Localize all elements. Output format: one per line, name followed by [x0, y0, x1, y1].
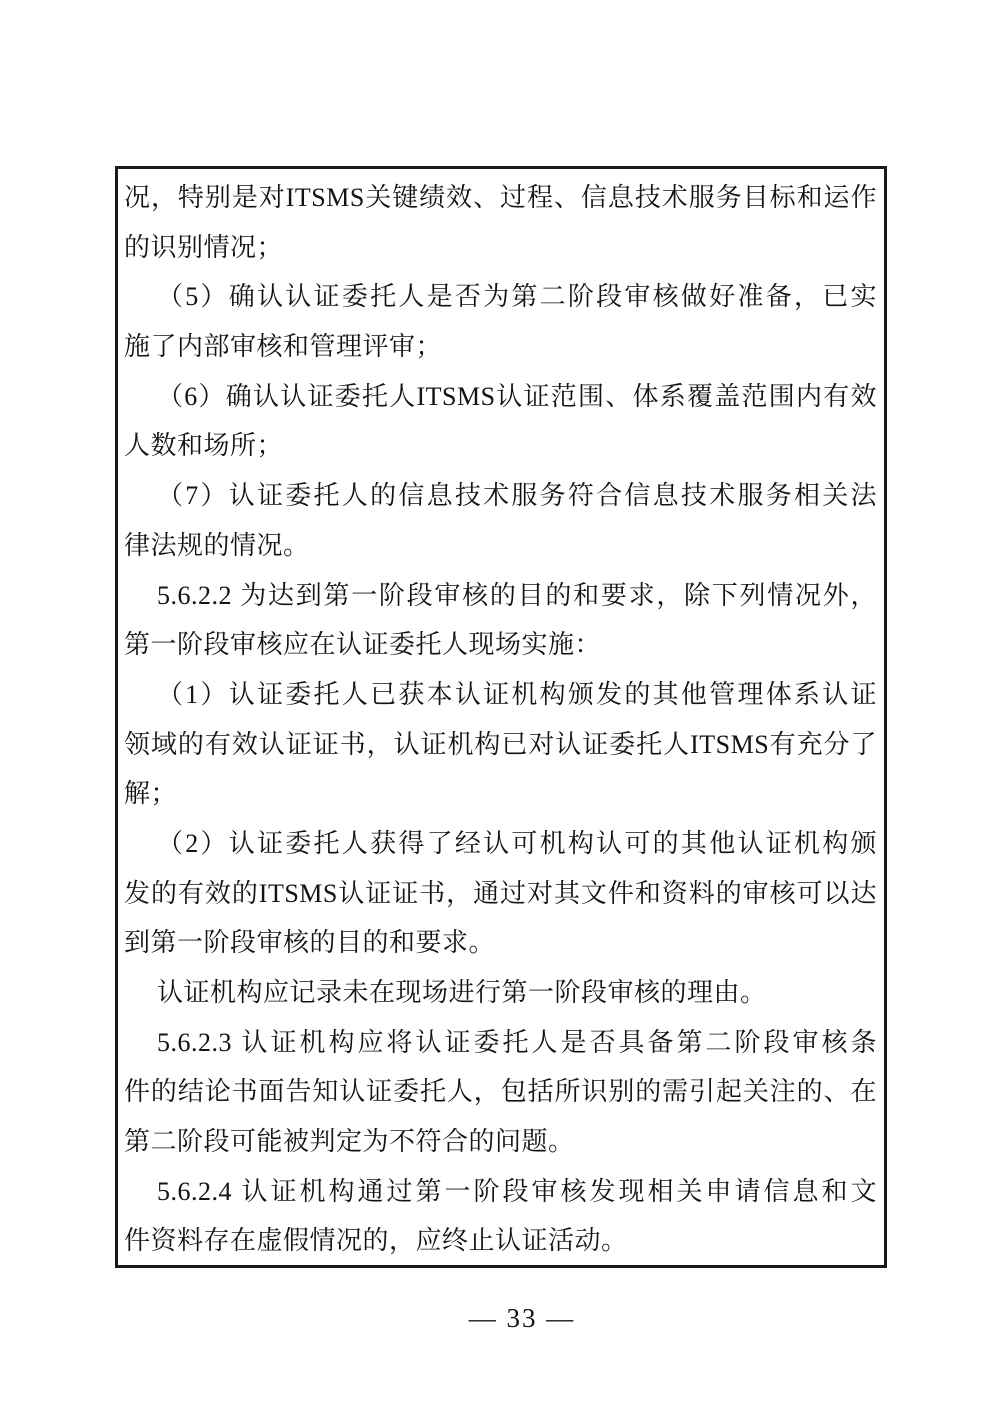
document-border-box: 况，特别是对ITSMS关键绩效、过程、信息技术服务目标和运作的识别情况；（5）确…: [115, 166, 887, 1268]
page-number: — 33 —: [469, 1298, 576, 1338]
text-line: 第二阶段可能被判定为不符合的问题。: [124, 1117, 877, 1167]
text-line: 件的结论书面告知认证委托人，包括所识别的需引起关注的、在: [124, 1067, 877, 1117]
text-line: 的识别情况；: [124, 223, 877, 273]
text-line: 解；: [124, 769, 877, 819]
text-line: 到第一阶段审核的目的和要求。: [124, 918, 877, 968]
text-line: 5.6.2.4 认证机构通过第一阶段审核发现相关申请信息和文: [124, 1167, 877, 1217]
text-line: 第一阶段审核应在认证委托人现场实施：: [124, 620, 877, 670]
text-line: （6）确认认证委托人ITSMS认证范围、体系覆盖范围内有效: [124, 372, 877, 422]
text-line: 领域的有效认证证书，认证机构已对认证委托人ITSMS有充分了: [124, 720, 877, 770]
text-line: （2）认证委托人获得了经认可机构认可的其他认证机构颁: [124, 819, 877, 869]
text-line: 认证机构应记录未在现场进行第一阶段审核的理由。: [124, 968, 877, 1018]
text-line: （5）确认认证委托人是否为第二阶段审核做好准备，已实: [124, 272, 877, 322]
text-line: 况，特别是对ITSMS关键绩效、过程、信息技术服务目标和运作: [124, 173, 877, 223]
text-line: 5.6.2.3 认证机构应将认证委托人是否具备第二阶段审核条: [124, 1018, 877, 1068]
text-line: 人数和场所；: [124, 421, 877, 471]
text-line: 律法规的情况。: [124, 521, 877, 571]
page-footer: — 33 —: [0, 1298, 1000, 1338]
text-line: 发的有效的ITSMS认证证书，通过对其文件和资料的审核可以达: [124, 869, 877, 919]
text-line: 5.6.2.2 为达到第一阶段审核的目的和要求，除下列情况外，: [124, 571, 877, 621]
text-line: 施了内部审核和管理评审；: [124, 322, 877, 372]
text-line: （1）认证委托人已获本认证机构颁发的其他管理体系认证: [124, 670, 877, 720]
text-line: 件资料存在虚假情况的，应终止认证活动。: [124, 1216, 877, 1266]
text-line: （7）认证委托人的信息技术服务符合信息技术服务相关法: [124, 471, 877, 521]
